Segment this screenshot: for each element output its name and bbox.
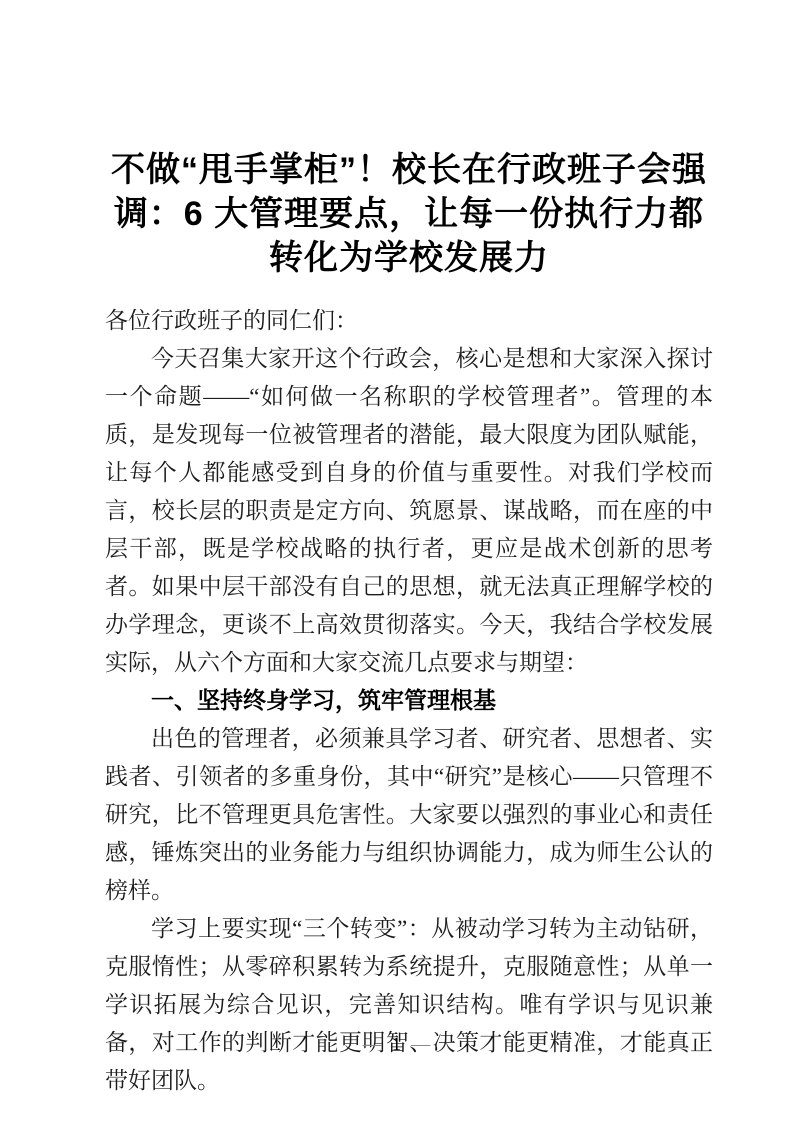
section-1-paragraph-2: 学习上要实现“三个转变”：从被动学习转为主动钻研，克服惰性；从零碎积累转为系统提… [105, 910, 713, 1100]
section-heading-1: 一、坚持终身学习，筑牢管理根基 [105, 682, 713, 720]
salutation-paragraph: 各位行政班子的同仁们： [105, 302, 713, 340]
page-number: 1 [392, 1034, 402, 1055]
footer-right-dash: — [401, 1034, 440, 1055]
document-content: 不做“甩手掌柜”！校长在行政班子会强调：6 大管理要点，让每一份执行力都转化为学… [0, 0, 793, 1100]
document-title: 不做“甩手掌柜”！校长在行政班子会强调：6 大管理要点，让每一份执行力都转化为学… [105, 148, 713, 280]
document-body: 各位行政班子的同仁们： 今天召集大家开这个行政会，核心是想和大家深入探讨一个命题… [105, 302, 713, 1100]
footer-left-dash: — [353, 1034, 392, 1055]
section-1-paragraph-1: 出色的管理者，必须兼具学习者、研究者、思想者、实践者、引领者的多重身份，其中“研… [105, 720, 713, 910]
document-page: 不做“甩手掌柜”！校长在行政班子会强调：6 大管理要点，让每一份执行力都转化为学… [0, 0, 793, 1122]
intro-paragraph: 今天召集大家开这个行政会，核心是想和大家深入探讨一个命题——“如何做一名称职的学… [105, 340, 713, 682]
page-footer: —1— [0, 1032, 793, 1058]
